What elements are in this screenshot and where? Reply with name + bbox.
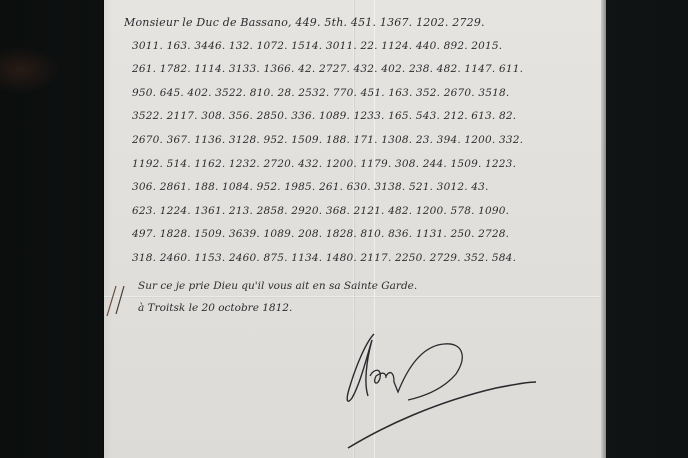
cipher-line: 950. 645. 402. 3522. 810. 28. 2532. 770.… bbox=[124, 82, 594, 106]
cipher-line: 3011. 163. 3446. 132. 1072. 1514. 3011. … bbox=[124, 35, 594, 59]
letter-page: Monsieur le Duc de Bassano, 449. 5th. 45… bbox=[104, 0, 601, 458]
cipher-line: 623. 1224. 1361. 213. 2858. 2920. 368. 2… bbox=[124, 200, 594, 224]
cipher-line: 261. 1782. 1114. 3133. 1366. 42. 2727. 4… bbox=[124, 58, 594, 82]
pencil-margin-mark-icon bbox=[104, 280, 134, 320]
place-date-line: à Troitsk le 20 octobre 1812. bbox=[138, 297, 598, 319]
closing-formula: Sur ce je prie Dieu qu'il vous ait en sa… bbox=[138, 275, 598, 297]
cipher-line: Monsieur le Duc de Bassano, 449. 5th. 45… bbox=[124, 11, 594, 35]
cipher-text-block: Monsieur le Duc de Bassano, 449. 5th. 45… bbox=[124, 11, 594, 271]
paper-edge bbox=[601, 0, 606, 458]
cipher-line: 497. 1828. 1509. 3639. 1089. 208. 1828. … bbox=[124, 223, 594, 247]
cipher-line: 318. 2460. 1153. 2460. 875. 1134. 1480. … bbox=[124, 247, 594, 271]
cipher-line: 3522. 2117. 308. 356. 2850. 336. 1089. 1… bbox=[124, 105, 594, 129]
cipher-line: 2670. 367. 1136. 3128. 952. 1509. 188. 1… bbox=[124, 129, 594, 153]
signature-nap-icon bbox=[336, 326, 536, 456]
closing-text: Sur ce je prie Dieu qu'il vous ait en sa… bbox=[138, 275, 598, 319]
cipher-line: 1192. 514. 1162. 1232. 2720. 432. 1200. … bbox=[124, 153, 594, 177]
cipher-line: 306. 2861. 188. 1084. 952. 1985. 261. 63… bbox=[124, 176, 594, 200]
